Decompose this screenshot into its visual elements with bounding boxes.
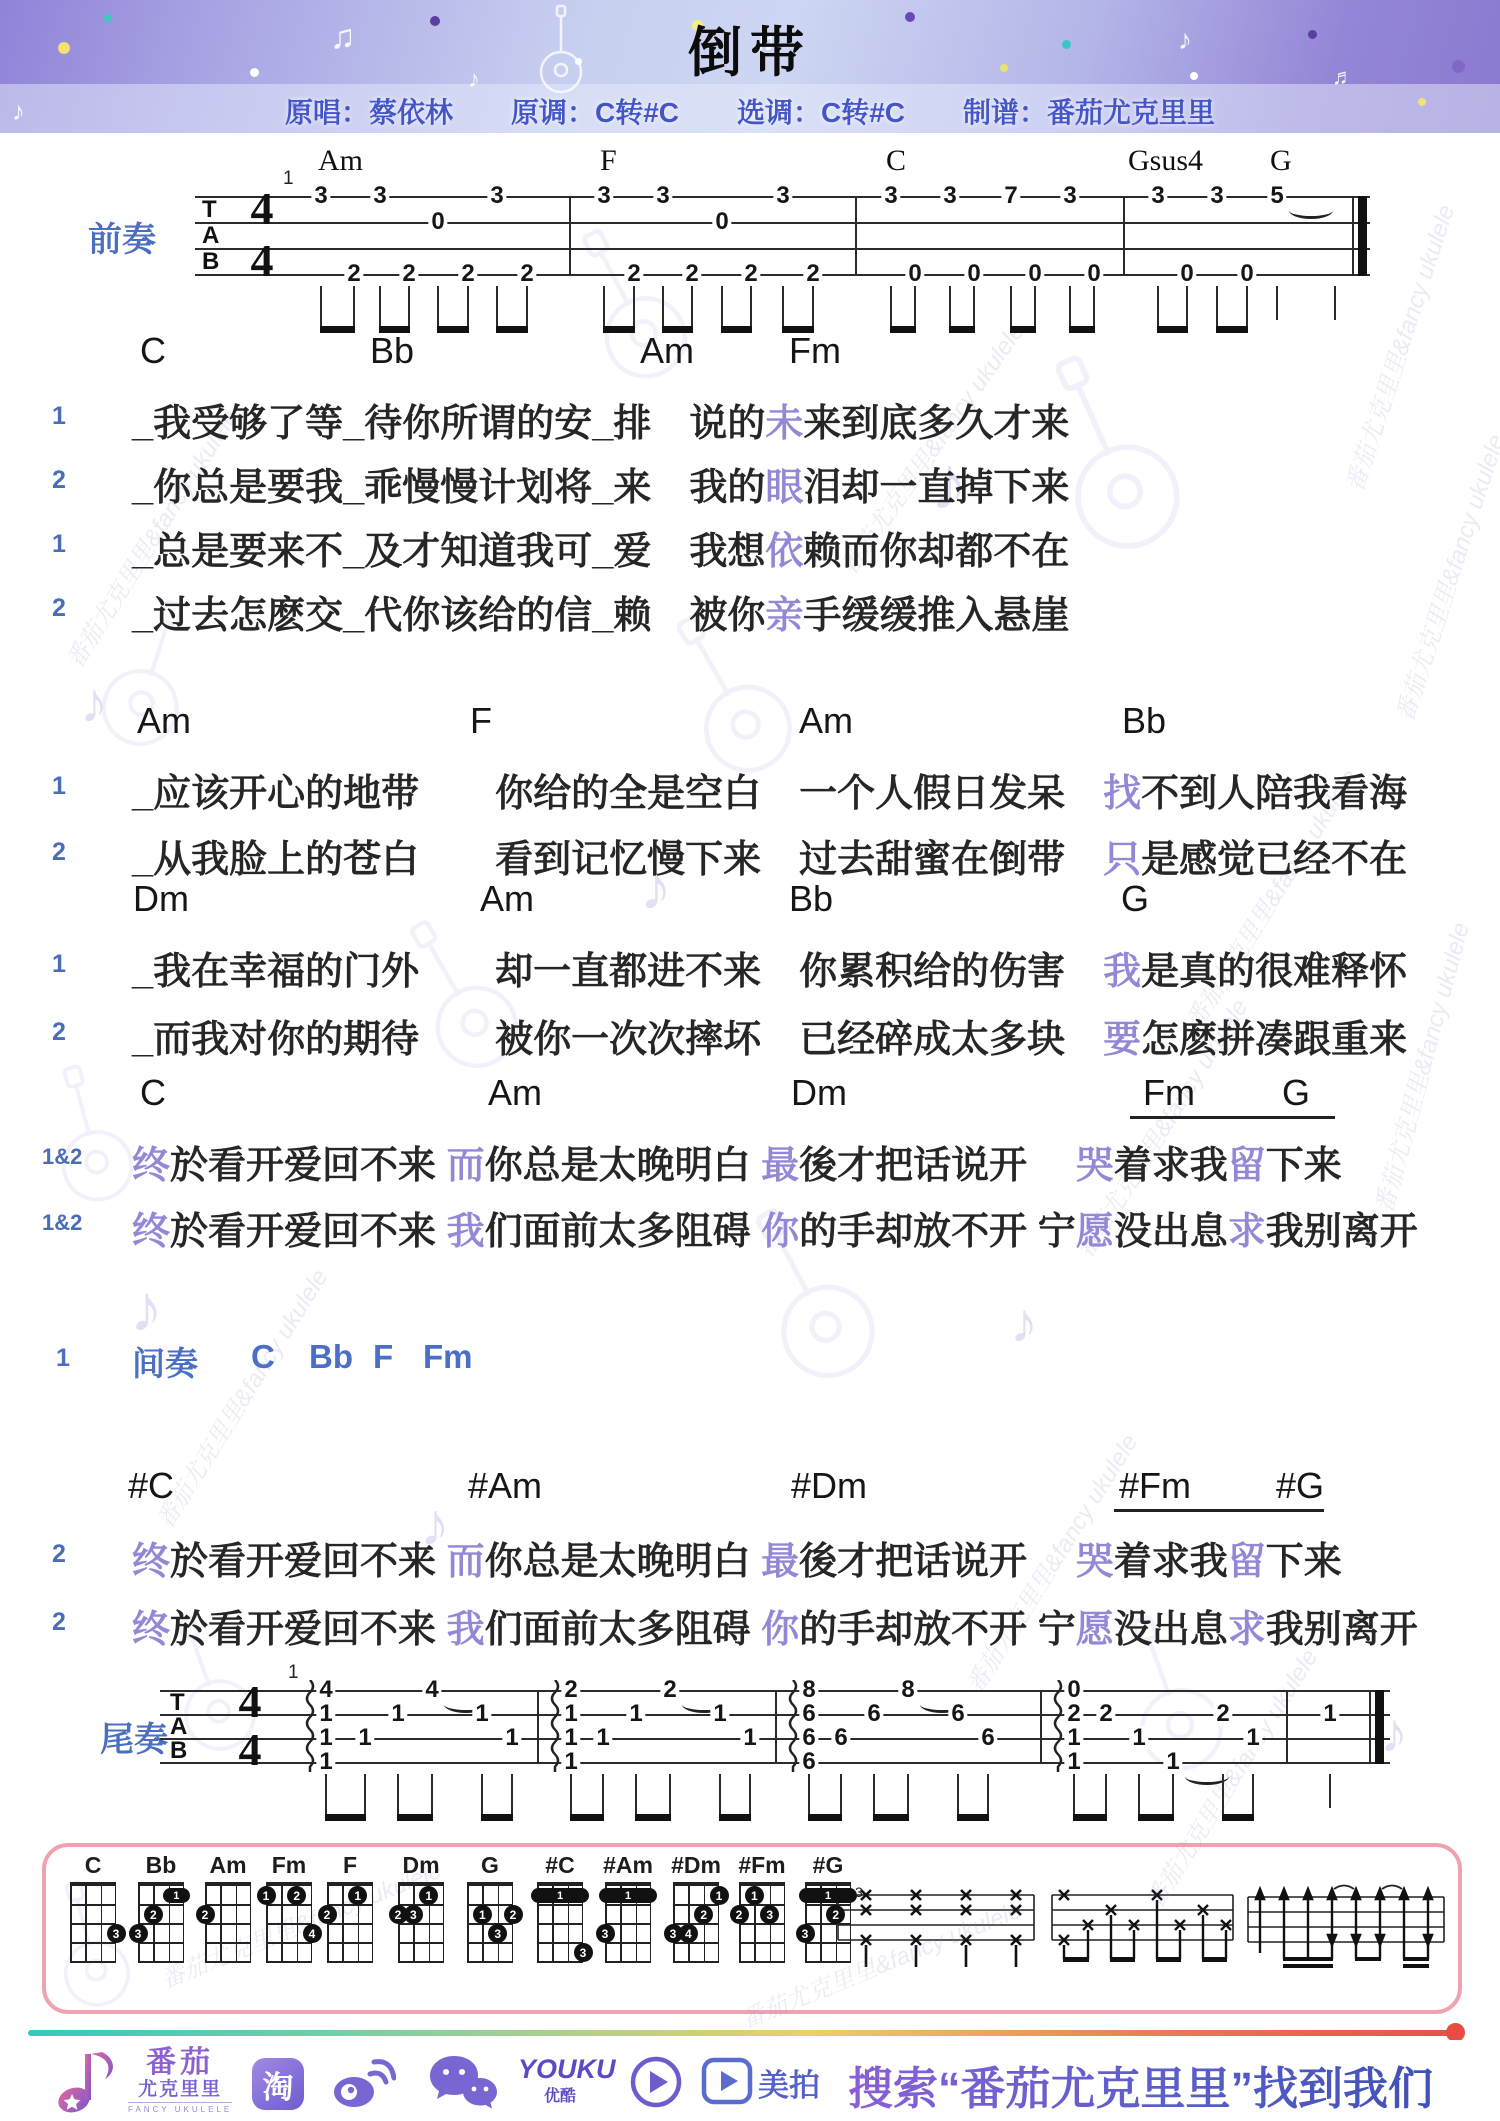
finger-dot: 3 [796, 1924, 815, 1943]
note-stem [1334, 286, 1336, 320]
string-line [101, 1882, 103, 1962]
chord-diagram-name: F [315, 1852, 385, 1880]
lyric-segment: 泪却一直掉下来 [803, 467, 1069, 509]
ukulele-watermark [550, 210, 710, 405]
measure-barline [855, 196, 857, 276]
lyric-segment-highlight: 愿 [1076, 1609, 1114, 1651]
time-signature: 4 [251, 186, 274, 232]
interlude-chord-label: F [373, 1338, 393, 1376]
lyric-line: 2终於看开爱回不来 而你总是太晚明白 最後才把话说开 哭着求我留下来 [0, 1530, 1342, 1585]
lyric-text: _你总是要我_乖慢慢计划将_来 我的眼泪却一直掉下来 [132, 467, 1069, 509]
lyric-segment-highlight: 终 [132, 1609, 170, 1651]
lyric-line: 2_而我对你的期待 被你一次次摔坏 已经碎成太多块 要怎麽拼凑跟重来 [0, 1008, 1407, 1063]
string-line [85, 1882, 87, 1962]
tab-fret-number: 4 [422, 1678, 441, 1702]
lyric-segment: 手缓缓推入悬崖 [803, 595, 1069, 637]
tab-fret-number: 7 [1001, 184, 1020, 208]
fret-line [739, 1961, 785, 1963]
tab-fret-number: 1 [740, 1726, 759, 1750]
arpeggio-squiggle [1052, 1680, 1064, 1777]
line-number: 2 [52, 1018, 66, 1047]
fret-line [327, 1923, 373, 1925]
barre-marker: 1 [531, 1888, 589, 1903]
string-line [673, 1882, 675, 1962]
finger-dot: 3 [404, 1905, 423, 1924]
eighth-beam [1069, 326, 1095, 333]
fret-line [327, 1904, 373, 1906]
lyric-segment: 不到人陪我看海 [1141, 773, 1407, 815]
fret-line [327, 1961, 373, 1963]
lyric-segment-highlight: 我 [447, 1211, 485, 1253]
chord-diagram-name: G [455, 1852, 525, 1880]
page-title: 倒带 [0, 10, 1500, 87]
tab-letter: B [170, 1739, 187, 1763]
tab-letter: A [202, 224, 219, 248]
chord-diagram-grid: 13 [537, 1882, 583, 1962]
tab-letter: T [202, 198, 217, 222]
fret-line [205, 1904, 251, 1906]
lyric-line: 1&2终於看开爱回不来 而你总是太晚明白 最後才把话说开 哭着求我留下来 [0, 1134, 1342, 1189]
tab-fret-number: 2 [517, 262, 536, 286]
measure-barline [1286, 1690, 1288, 1764]
interlude-chord-label: C [251, 1338, 275, 1376]
fret-line [739, 1904, 785, 1906]
lyric-segment: _我在幸福的门外 却一直都进不来 你累积给的伤害 [132, 951, 1103, 993]
lyric-segment: 着求我 [1114, 1541, 1228, 1583]
fret-line [537, 1904, 583, 1906]
tab-fret-number: 3 [940, 184, 959, 208]
tab-fret-number: 1 [1320, 1702, 1339, 1726]
lyric-segment-highlight: 哭 [1076, 1145, 1114, 1187]
lyric-segment-highlight: 最 [761, 1145, 799, 1187]
line-number: 1 [52, 402, 66, 431]
lyric-line: 1&2终於看开爱回不来 我们面前太多阻碍 你的手却放不开 宁愿没出息求我别离开 [0, 1200, 1418, 1255]
logo-line2: 尤克里里 [128, 2079, 232, 2102]
tab-fret-number: 3 [881, 184, 900, 208]
eighth-beam [437, 326, 469, 333]
tab-fret-number: 3 [773, 184, 792, 208]
chord-diagram-grid: 1234 [673, 1882, 719, 1962]
lyric-segment: 後才把话说开 [799, 1145, 1076, 1187]
tab-fret-number: 1 [388, 1702, 407, 1726]
weibo-icon [330, 2054, 396, 2112]
position-mark: 1 [283, 168, 294, 190]
lyric-chord-label: Bb [1122, 700, 1166, 742]
eighth-beam [320, 326, 355, 333]
lyric-line: 1_我在幸福的门外 却一直都进不来 你累积给的伤害 我是真的很难释怀 [0, 940, 1407, 995]
fret-line [739, 1923, 785, 1925]
chord-underline [1130, 1116, 1335, 1119]
lyric-segment: 下来 [1266, 1541, 1342, 1583]
meta-selected-key: 选调：C转#C [737, 91, 905, 131]
eighth-beam [603, 326, 635, 333]
tab-fret-number: 1 [1129, 1726, 1148, 1750]
eighth-beam [397, 1814, 433, 1821]
finger-dot: 2 [318, 1905, 337, 1924]
lyric-segment-highlight: 未 [765, 403, 803, 445]
lyric-segment: 们面前太多阻碍 [485, 1609, 762, 1651]
chord-diagram-name: #Am [593, 1852, 663, 1880]
music-note-watermark: ♪ [1380, 1700, 1408, 1765]
chord-diagram-grid: 3 [70, 1882, 116, 1962]
tab-letter: T [170, 1691, 185, 1715]
fret-line [805, 1882, 851, 1886]
chord-diagram-name: #G [793, 1852, 863, 1880]
line-number: 2 [52, 466, 66, 495]
fret-line [266, 1961, 312, 1963]
lyric-segment-highlight: 求 [1228, 1211, 1266, 1253]
strum-pattern-3 [1246, 1883, 1446, 1973]
tab-fret-number: 3 [653, 184, 672, 208]
lyric-text: _我受够了等_待你所谓的安_排 说的未来到底多久才来 [132, 403, 1069, 445]
tab-stack-number: 1 [561, 1726, 580, 1750]
lyric-text: 终於看开爱回不来 我们面前太多阻碍 你的手却放不开 宁愿没出息求我别离开 [132, 1609, 1418, 1651]
lyric-segment: 於看开爱回不来 [170, 1145, 447, 1187]
interlude-label: 间奏 [132, 1338, 198, 1385]
lyric-chord-label: Fm [1143, 1072, 1195, 1114]
tab-stack-number: 1 [561, 1750, 580, 1774]
lyric-chord-label: G [1282, 1072, 1310, 1114]
youku-wordmark: YOUKU [518, 2056, 616, 2083]
lyric-chord-label: Dm [791, 1072, 847, 1114]
lyric-segment: _从我脸上的苍白 看到记忆慢下来 过去甜蜜在倒带 [132, 839, 1103, 881]
chord-diagram-grid: 2 [205, 1882, 251, 1962]
lyric-chord-label: Fm [789, 330, 841, 372]
finger-dot: 1 [348, 1886, 367, 1905]
arpeggio-squiggle [304, 1680, 316, 1777]
tab-fret-number: 0 [1025, 262, 1044, 286]
chord-underline [1114, 1509, 1324, 1512]
tab-fret-number: 0 [712, 210, 731, 234]
tab-fret-number: 3 [594, 184, 613, 208]
tab-fret-number: 6 [864, 1702, 883, 1726]
meipai-label: 美拍 [758, 2060, 820, 2105]
interlude-chord-label: Bb [309, 1338, 353, 1376]
tab-fret-number: 0 [428, 210, 447, 234]
fret-line [537, 1942, 583, 1944]
measure-barline [1040, 1690, 1042, 1764]
lyric-segment: 怎麽拼凑跟重来 [1141, 1019, 1407, 1061]
finger-dot: 2 [287, 1886, 306, 1905]
staff-line [195, 222, 1370, 224]
fret-line [605, 1942, 651, 1944]
lyric-segment: 後才把话说开 [799, 1541, 1076, 1583]
tab-fret-number: 6 [831, 1726, 850, 1750]
end-barline [1352, 196, 1354, 276]
chord-diagram: Fm124 [254, 1852, 324, 1962]
fret-line [467, 1904, 513, 1906]
string-line [443, 1882, 445, 1962]
chord-diagram: G123 [455, 1852, 525, 1962]
finger-dot: 3 [488, 1924, 507, 1943]
fret-line [739, 1882, 785, 1886]
eighth-beam [570, 1814, 604, 1821]
lyric-segment: 我别离开 [1266, 1211, 1418, 1253]
fret-line [138, 1904, 184, 1906]
finger-dot: 2 [504, 1905, 523, 1924]
tab-fret-number: 2 [344, 262, 363, 286]
tab-fret-number: 2 [660, 1678, 679, 1702]
tab-fret-number: 1 [355, 1726, 374, 1750]
eighth-beam [957, 1814, 989, 1821]
tab-fret-number: 0 [1177, 262, 1196, 286]
eighth-beam [1157, 326, 1188, 333]
lyric-segment-highlight: 终 [132, 1211, 170, 1253]
fret-line [266, 1882, 312, 1886]
finger-dot: 3 [596, 1924, 615, 1943]
chord-diagram-grid: 123 [739, 1882, 785, 1962]
header-banner: ♫ ♪ ♬ ♪ ♬ ♪ ♥ 倒带 原唱：蔡依林 原调：C转#C 选调：C转#C … [0, 0, 1500, 133]
footer-divider [28, 2030, 1452, 2036]
eighth-beam [635, 1814, 671, 1821]
lyric-chord-label: C [140, 330, 166, 372]
lyric-line: 2_从我脸上的苍白 看到记忆慢下来 过去甜蜜在倒带 只是感觉已经不在 [0, 828, 1407, 883]
time-signature: 4 [251, 238, 274, 284]
fret-line [467, 1942, 513, 1944]
play-icon [628, 2054, 684, 2110]
footer-bar: 番茄 尤克里里 FANCY UKULELE 淘 YOUKU 优 [0, 2040, 1500, 2121]
line-number: 1&2 [42, 1210, 82, 1236]
lyric-segment: 的手却放不开 宁 [799, 1211, 1076, 1253]
eighth-beam [481, 1814, 513, 1821]
tab-stack-number: 6 [799, 1726, 818, 1750]
fret-line [266, 1923, 312, 1925]
chord-diagram-name: Bb [126, 1852, 196, 1880]
finger-dot: 3 [760, 1905, 779, 1924]
lyric-segment-highlight: 你 [761, 1211, 799, 1253]
line-number: 1 [52, 950, 66, 979]
youku-logo: YOUKU 优酷 [518, 2056, 616, 2106]
string-line [220, 1882, 222, 1962]
lyric-segment: 们面前太多阻碍 [485, 1211, 762, 1253]
finger-dot: 1 [745, 1886, 764, 1905]
tab-chord-label: Am [318, 144, 363, 178]
eighth-beam [808, 1814, 842, 1821]
fret-line [327, 1882, 373, 1886]
tab-fret-number: 0 [1084, 262, 1103, 286]
end-barline-thick [1375, 1690, 1384, 1764]
tab-fret-number: 2 [1096, 1702, 1115, 1726]
string-line [688, 1882, 690, 1962]
string-line [784, 1882, 786, 1962]
chord-diagram: #G1233 [793, 1852, 863, 1962]
lyric-chord-label: Am [137, 700, 191, 742]
tab-fret-number: 8 [898, 1678, 917, 1702]
barre-marker: 1 [163, 1888, 190, 1903]
lyric-text: _从我脸上的苍白 看到记忆慢下来 过去甜蜜在倒带 只是感觉已经不在 [132, 839, 1407, 881]
fret-line [537, 1961, 583, 1963]
chord-diagram-grid: 13 [605, 1882, 651, 1962]
fret-line [398, 1904, 444, 1906]
ukulele-watermark [378, 900, 542, 1094]
tab-stack-number: 6 [799, 1702, 818, 1726]
eighth-beam [719, 1814, 751, 1821]
finger-dot: 1 [419, 1886, 438, 1905]
lyric-segment: 是感觉已经不在 [1141, 839, 1407, 881]
fret-line [805, 1942, 851, 1944]
chord-diagram-grid: 1233 [805, 1882, 851, 1962]
fret-line [605, 1923, 651, 1925]
lyric-segment-highlight: 而 [447, 1541, 485, 1583]
eighth-beam [1216, 326, 1248, 333]
finger-dot: 3 [129, 1924, 148, 1943]
lyric-chord-label: Dm [133, 878, 189, 920]
eighth-beam [325, 1814, 366, 1821]
tie-arc [1289, 202, 1333, 219]
lyric-segment-highlight: 你 [761, 1609, 799, 1651]
tab-fret-number: 2 [1213, 1702, 1232, 1726]
string-line [281, 1882, 283, 1962]
tab-stack-number: 0 [1064, 1678, 1083, 1702]
tab-stack-number: 1 [316, 1750, 335, 1774]
lyric-segment-highlight: 求 [1228, 1609, 1266, 1651]
finger-dot: 1 [257, 1886, 276, 1905]
chord-diagram-name: Dm [386, 1852, 456, 1880]
lyric-segment: 你总是太晚明白 [485, 1145, 762, 1187]
song-sheet-page: ♫ ♪ ♬ ♪ ♬ ♪ ♥ 倒带 原唱：蔡依林 原调：C转#C 选调：C转#C … [0, 0, 1500, 2121]
lyric-segment: 没出息 [1114, 1609, 1228, 1651]
measure-barline [569, 196, 571, 276]
lyric-chord-label: #Am [468, 1465, 542, 1507]
tab-fret-number: 0 [964, 262, 983, 286]
string-line [342, 1882, 344, 1962]
eighth-beam [873, 1814, 909, 1821]
line-number: 2 [52, 1608, 66, 1637]
lyric-segment: _总是要来不_及才知道我可_爱 我想 [132, 531, 765, 573]
fret-line [805, 1961, 851, 1963]
string-line [311, 1882, 313, 1962]
lyric-segment: _而我对你的期待 被你一次次摔坏 已经碎成太多块 [132, 1019, 1103, 1061]
lyric-chord-label: Am [488, 1072, 542, 1114]
fret-line [673, 1923, 719, 1925]
lyric-segment-highlight: 留 [1228, 1145, 1266, 1187]
lyric-segment: 於看开爱回不来 [170, 1211, 447, 1253]
lyric-segment-highlight: 终 [132, 1541, 170, 1583]
fret-line [467, 1961, 513, 1963]
tab-fret-number: 1 [1243, 1726, 1262, 1750]
chord-diagram: C3 [58, 1852, 128, 1962]
eighth-beam [949, 326, 975, 333]
string-line [250, 1882, 252, 1962]
fret-line [398, 1882, 444, 1886]
lyric-segment-highlight: 终 [132, 1145, 170, 1187]
lyric-segment: 於看开爱回不来 [170, 1609, 447, 1651]
string-line [236, 1882, 238, 1962]
finger-dot: 2 [196, 1905, 215, 1924]
fret-line [266, 1942, 312, 1944]
intro-label: 前奏 [88, 212, 156, 261]
taobao-char: 淘 [263, 2062, 294, 2107]
note-stem [1329, 1774, 1331, 1808]
lyric-segment-highlight: 亲 [765, 595, 803, 637]
chord-diagram-name: Fm [254, 1852, 324, 1880]
fret-line [673, 1882, 719, 1886]
tab-fret-number: 1 [502, 1726, 521, 1750]
chord-diagram-name: #C [525, 1852, 595, 1880]
string-line [115, 1882, 117, 1962]
fret-line [70, 1942, 116, 1944]
eighth-beam [721, 326, 752, 333]
fancy-ukulele-logo-icon [52, 2048, 122, 2116]
lyric-segment-highlight: 留 [1228, 1541, 1266, 1583]
time-signature: 4 [239, 1679, 262, 1725]
lyric-segment: 是真的很难释怀 [1141, 951, 1407, 993]
taobao-icon: 淘 [252, 2058, 304, 2110]
lyric-line: 1_我受够了等_待你所谓的安_排 说的未来到底多久才来 [0, 392, 1069, 447]
lyric-segment-highlight: 依 [765, 531, 803, 573]
lyric-segment: 我别离开 [1266, 1609, 1418, 1651]
tab-fret-number: 0 [1237, 262, 1256, 286]
fret-line [467, 1882, 513, 1886]
chord-diagram-name: Am [193, 1852, 263, 1880]
music-note-watermark: ♪ [130, 1270, 163, 1346]
fret-line [205, 1961, 251, 1963]
tab-chord-label: G [1270, 144, 1292, 178]
lyric-text: _总是要来不_及才知道我可_爱 我想依赖而你却都不在 [132, 531, 1069, 573]
line-number: 2 [52, 838, 66, 867]
lyric-chord-label: Bb [789, 878, 833, 920]
barre-marker: 1 [799, 1888, 857, 1903]
lyric-line: 2终於看开爱回不来 我们面前太多阻碍 你的手却放不开 宁愿没出息求我别离开 [0, 1598, 1418, 1653]
tab-letter: B [202, 250, 219, 274]
tab-stack-number: 2 [561, 1678, 580, 1702]
lyric-segment: _过去怎麽交_代你该给的信_赖 被你 [132, 595, 765, 637]
string-line [467, 1882, 469, 1962]
finger-dot: 2 [730, 1905, 749, 1924]
fret-line [537, 1882, 583, 1886]
fret-line [70, 1923, 116, 1925]
fret-line [205, 1882, 251, 1886]
chord-diagram-grid: 123 [398, 1882, 444, 1962]
chord-diagram-name: #Dm [661, 1852, 731, 1880]
meta-original-singer: 原唱：蔡依林 [285, 91, 453, 131]
fret-line [605, 1961, 651, 1963]
tab-fret-number: 5 [1267, 184, 1286, 208]
eighth-beam [890, 326, 916, 333]
tab-stack-number: 1 [316, 1702, 335, 1726]
fret-line [327, 1942, 373, 1944]
eighth-beam [1073, 1814, 1107, 1821]
barre-marker: 1 [599, 1888, 657, 1903]
lyric-segment: _应该开心的地带 你给的全是空白 一个人假日发呆 [132, 773, 1103, 815]
fret-line [70, 1882, 116, 1886]
tab-fret-number: 1 [626, 1702, 645, 1726]
finger-dot: 2 [694, 1905, 713, 1924]
position-mark: 1 [288, 1662, 299, 1684]
eighth-beam [1222, 1814, 1254, 1821]
fret-line [205, 1923, 251, 1925]
fret-line [266, 1904, 312, 1906]
fret-line [673, 1961, 719, 1963]
chord-diagram: Am2 [193, 1852, 263, 1962]
lyric-segment-highlight: 我 [1103, 951, 1141, 993]
watermark-text: 番茄尤克里里&fancy ukulele [1385, 429, 1500, 725]
tab-stack-number: 2 [1064, 1702, 1083, 1726]
tab-fret-number: 6 [978, 1726, 997, 1750]
lyric-segment-highlight: 只 [1103, 839, 1141, 881]
arpeggio-squiggle [787, 1680, 799, 1777]
eighth-beam [1138, 1814, 1174, 1821]
finger-dot: 1 [473, 1905, 492, 1924]
meta-arranger: 制谱：番茄尤克里里 [963, 91, 1215, 131]
tab-fret-number: 1 [1163, 1750, 1182, 1774]
tab-fret-number: 3 [370, 184, 389, 208]
wechat-icon [428, 2054, 498, 2112]
tab-fret-number: 1 [710, 1702, 729, 1726]
chord-diagram: Bb123 [126, 1852, 196, 1962]
fret-line [138, 1961, 184, 1963]
eighth-beam [496, 326, 528, 333]
